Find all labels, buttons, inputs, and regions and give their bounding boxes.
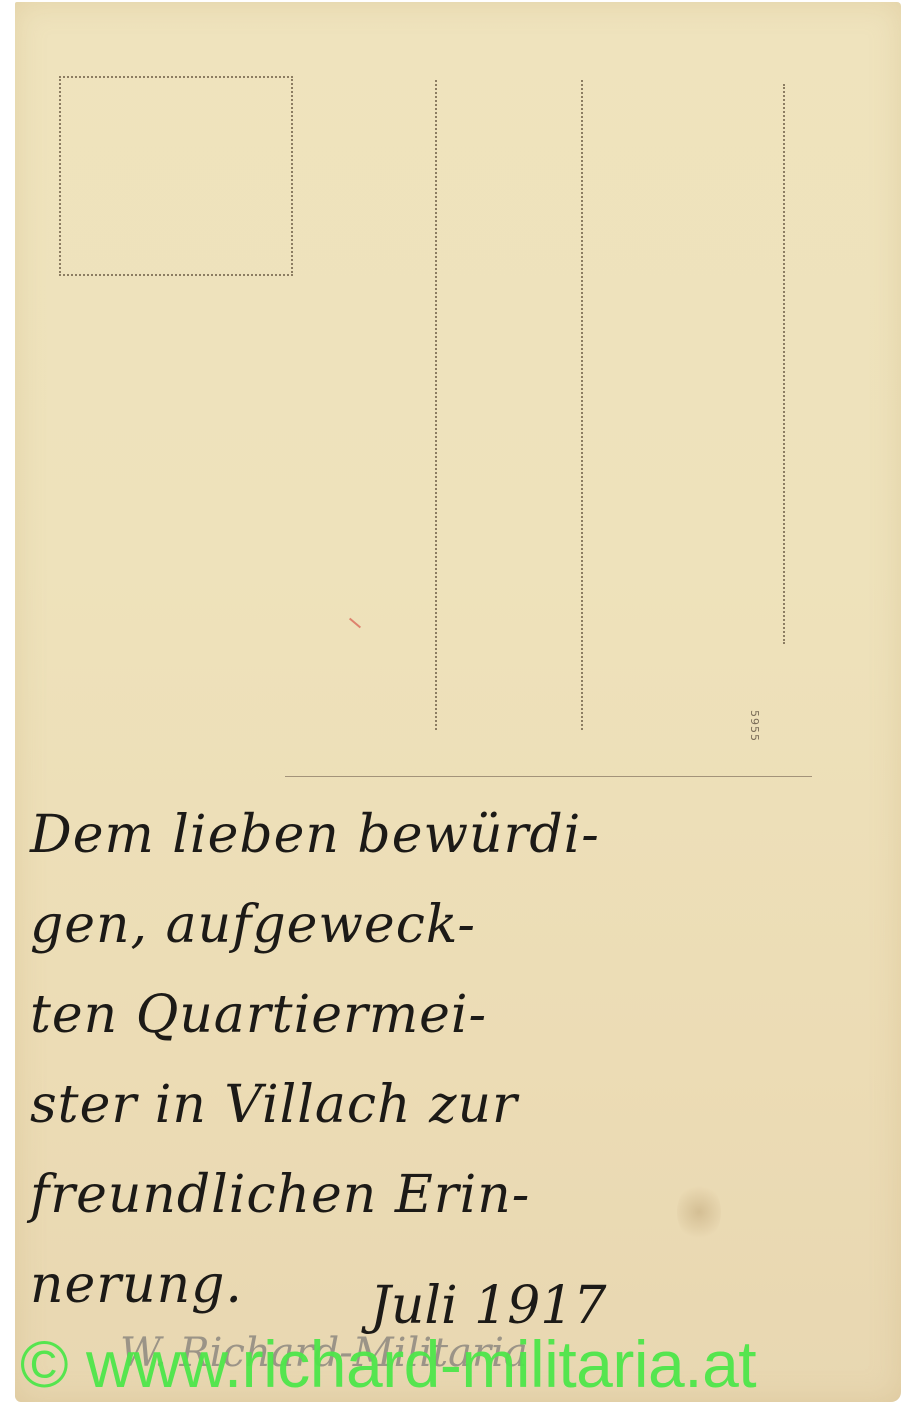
message-line: Dem lieben bewürdi- [30, 790, 870, 880]
message-line: gen, aufgeweck- [30, 880, 870, 970]
print-number: 5955 [748, 710, 761, 742]
horizontal-divider-line [285, 776, 812, 777]
address-divider-line-1 [435, 80, 437, 730]
red-ink-mark [349, 618, 361, 629]
message-line: ster in Villach zur [30, 1060, 870, 1150]
copyright-watermark: © www.richard-militaria.at [20, 1326, 756, 1402]
handwritten-message: Dem lieben bewürdi- gen, aufgeweck- ten … [30, 790, 870, 1330]
stamp-placeholder-box [59, 76, 293, 276]
address-divider-line-2 [581, 80, 583, 730]
message-line: freundlichen Erin- [30, 1150, 870, 1240]
message-line: ten Quartiermei- [30, 970, 870, 1060]
address-divider-line-3 [783, 84, 785, 644]
